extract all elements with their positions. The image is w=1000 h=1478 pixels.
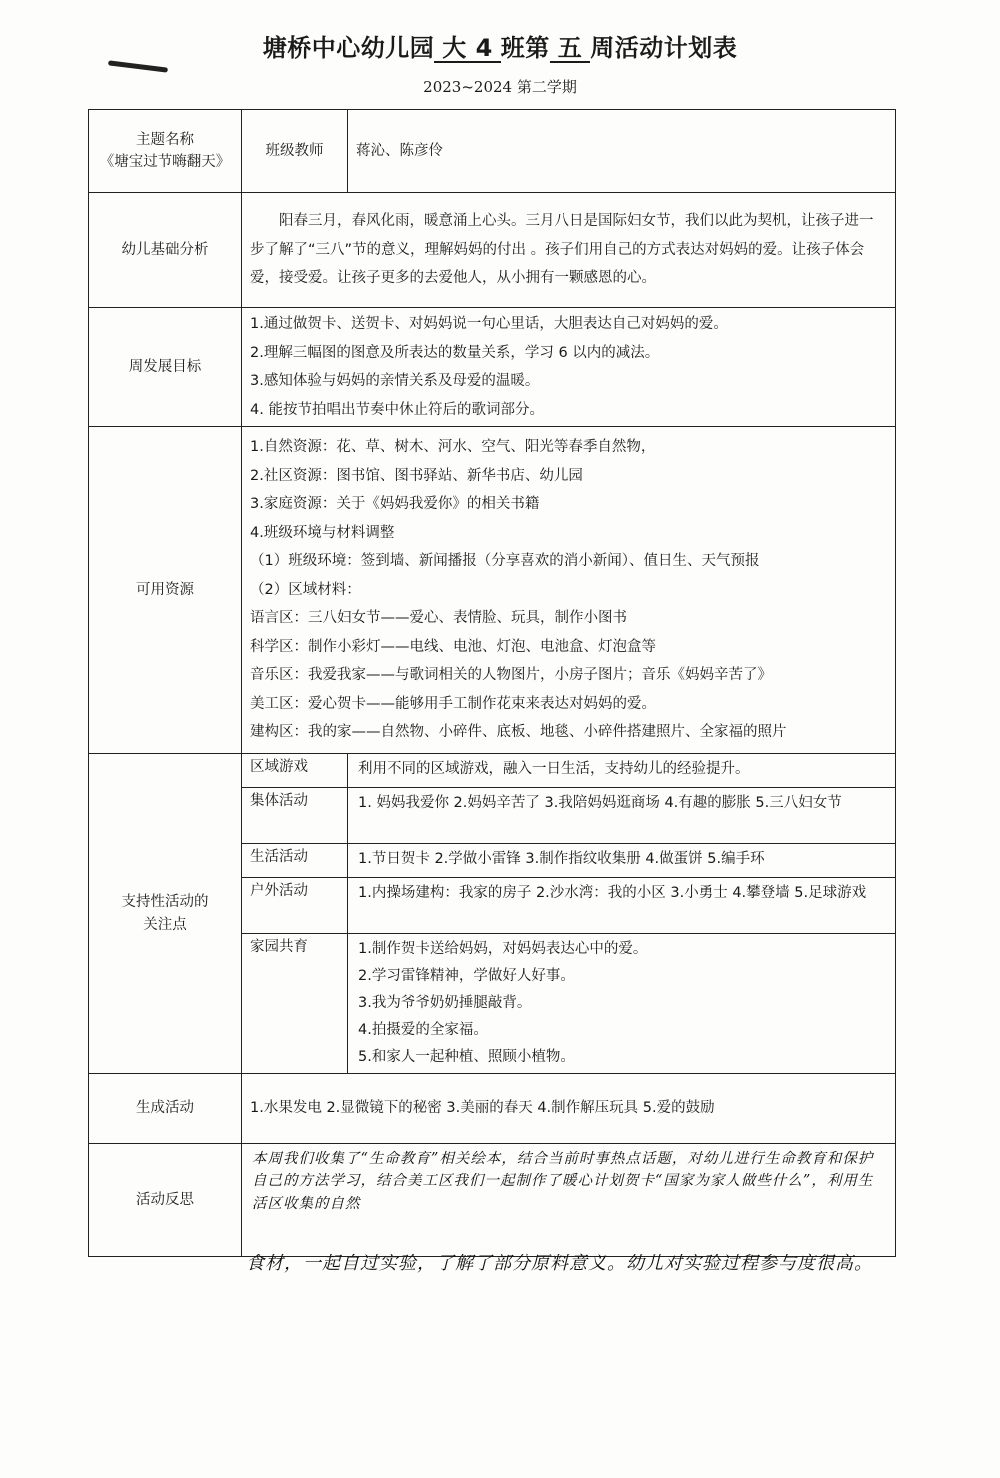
title-prefix: 塘桥中心幼儿园 [263,34,435,62]
resource-item: 4.班级环境与材料调整 [250,519,887,548]
reflection-handwriting-overflow: 食材，一起自过实验，了解了部分原料意义。幼儿对实验过程参与度很高。 [246,1248,896,1279]
weekly-plan-table: 主题名称 《塘宝过节嗨翻天》 班级教师 蒋沁、陈彦伶 幼儿基础分析 阳春三月，春… [88,109,896,1257]
theme-name: 《塘宝过节嗨翻天》 [89,151,241,173]
theme-cell: 主题名称 《塘宝过节嗨翻天》 [89,110,242,193]
resources-label: 可用资源 [89,427,242,754]
support-label: 支持性活动的 关注点 [89,754,242,1074]
theme-row: 主题名称 《塘宝过节嗨翻天》 班级教师 蒋沁、陈彦伶 [89,110,896,193]
resource-item: 1.自然资源：花、草、树木、河水、空气、阳光等春季自然物， [250,433,887,462]
reflection-handwriting: 本周我们收集了“生命教育”相关绘本，结合当前时事热点话题，对幼儿进行生命教育和保… [242,1144,896,1257]
week-field: 五 [550,35,591,63]
goals-row: 周发展目标 1.通过做贺卡、送贺卡、对妈妈说一句心里话，大胆表达自己对妈妈的爱。… [89,308,896,427]
theme-label: 主题名称 [89,129,241,151]
support-sub-content: 1. 妈妈我爱你 2.妈妈辛苦了 3.我陪妈妈逛商场 4.有趣的膨胀 5.三八妇… [348,788,896,844]
title-mid: 班第 [501,34,550,62]
goals-label: 周发展目标 [89,308,242,427]
teacher-label: 班级教师 [242,110,348,193]
support-sub-label: 集体活动 [242,788,348,844]
title-suffix: 周活动计划表 [590,34,737,62]
analysis-label: 幼儿基础分析 [89,193,242,308]
generated-content: 1.水果发电 2.显微镜下的秘密 3.美丽的春天 4.制作解压玩具 5.爱的鼓励 [242,1074,896,1144]
resource-item: 3.家庭资源：关于《妈妈我爱你》的相关书籍 [250,490,887,519]
analysis-text: 阳春三月，春风化雨，暖意涌上心头。三月八日是国际妇女节，我们以此为契机，让孩子进… [250,207,887,293]
reflection-row: 活动反思 本周我们收集了“生命教育”相关绘本，结合当前时事热点话题，对幼儿进行生… [89,1144,896,1257]
support-sub-content: 利用不同的区域游戏，融入一日生活，支持幼儿的经验提升。 [348,754,896,788]
goal-item: 3.感知体验与妈妈的亲情关系及母爱的温暖。 [250,367,887,396]
analysis-row: 幼儿基础分析 阳春三月，春风化雨，暖意涌上心头。三月八日是国际妇女节，我们以此为… [89,193,896,308]
class-name-field: 大 4 [434,35,501,63]
generated-label: 生成活动 [89,1074,242,1144]
support-sub-content: 1.节日贺卡 2.学做小雷锋 3.制作指纹收集册 4.做蛋饼 5.编手环 [348,844,896,878]
resources-content: 1.自然资源：花、草、树木、河水、空气、阳光等春季自然物， 2.社区资源：图书馆… [242,427,896,754]
resources-row: 可用资源 1.自然资源：花、草、树木、河水、空气、阳光等春季自然物， 2.社区资… [89,427,896,754]
resource-item: 建构区：我的家——自然物、小碎件、底板、地毯、小碎件搭建照片、全家福的照片 [250,718,887,747]
goal-item: 4. 能按节拍唱出节奏中休止符后的歌词部分。 [250,396,887,425]
support-row-area-games: 支持性活动的 关注点 区域游戏 利用不同的区域游戏，融入一日生活，支持幼儿的经验… [89,754,896,788]
resource-item: 美工区：爱心贺卡——能够用手工制作花束来表达对妈妈的爱。 [250,690,887,719]
analysis-content: 阳春三月，春风化雨，暖意涌上心头。三月八日是国际妇女节，我们以此为契机，让孩子进… [242,193,896,308]
reflection-label: 活动反思 [89,1144,242,1257]
generated-row: 生成活动 1.水果发电 2.显微镜下的秘密 3.美丽的春天 4.制作解压玩具 5… [89,1074,896,1144]
support-sub-label: 生活活动 [242,844,348,878]
semester-subtitle: 2023~2024 第二学期 [0,76,1000,97]
resource-item: 语言区：三八妇女节——爱心、表情脸、玩具，制作小图书 [250,604,887,633]
goal-item: 1.通过做贺卡、送贺卡、对妈妈说一句心里话，大胆表达自己对妈妈的爱。 [250,310,887,339]
resource-item: 音乐区：我爱我家——与歌词相关的人物图片，小房子图片；音乐《妈妈辛苦了》 [250,661,887,690]
resource-item: （2）区域材料： [250,576,887,605]
resource-item: 2.社区资源：图书馆、图书驿站、新华书店、幼儿园 [250,462,887,491]
resource-item: （1）班级环境：签到墙、新闻播报（分享喜欢的消小新闻）、值日生、天气预报 [250,547,887,576]
goal-item: 2.理解三幅图的图意及所表达的数量关系，学习 6 以内的减法。 [250,339,887,368]
goals-content: 1.通过做贺卡、送贺卡、对妈妈说一句心里话，大胆表达自己对妈妈的爱。 2.理解三… [242,308,896,427]
support-sub-content: 1.制作贺卡送给妈妈，对妈妈表达心中的爱。 2.学习雷锋精神，学做好人好事。 3… [348,934,896,1074]
resource-item: 科学区：制作小彩灯——电线、电池、灯泡、电池盒、灯泡盒等 [250,633,887,662]
support-sub-content: 1.内操场建构：我家的房子 2.沙水湾：我的小区 3.小勇士 4.攀登墙 5.足… [348,878,896,934]
support-sub-label: 家园共育 [242,934,348,1074]
activity-plan-page: 塘桥中心幼儿园大 4班第五周活动计划表 2023~2024 第二学期 主题名称 … [0,0,1000,1478]
support-sub-label: 户外活动 [242,878,348,934]
support-sub-label: 区域游戏 [242,754,348,788]
teacher-names: 蒋沁、陈彦伶 [348,110,896,193]
page-title: 塘桥中心幼儿园大 4班第五周活动计划表 [0,28,1000,63]
